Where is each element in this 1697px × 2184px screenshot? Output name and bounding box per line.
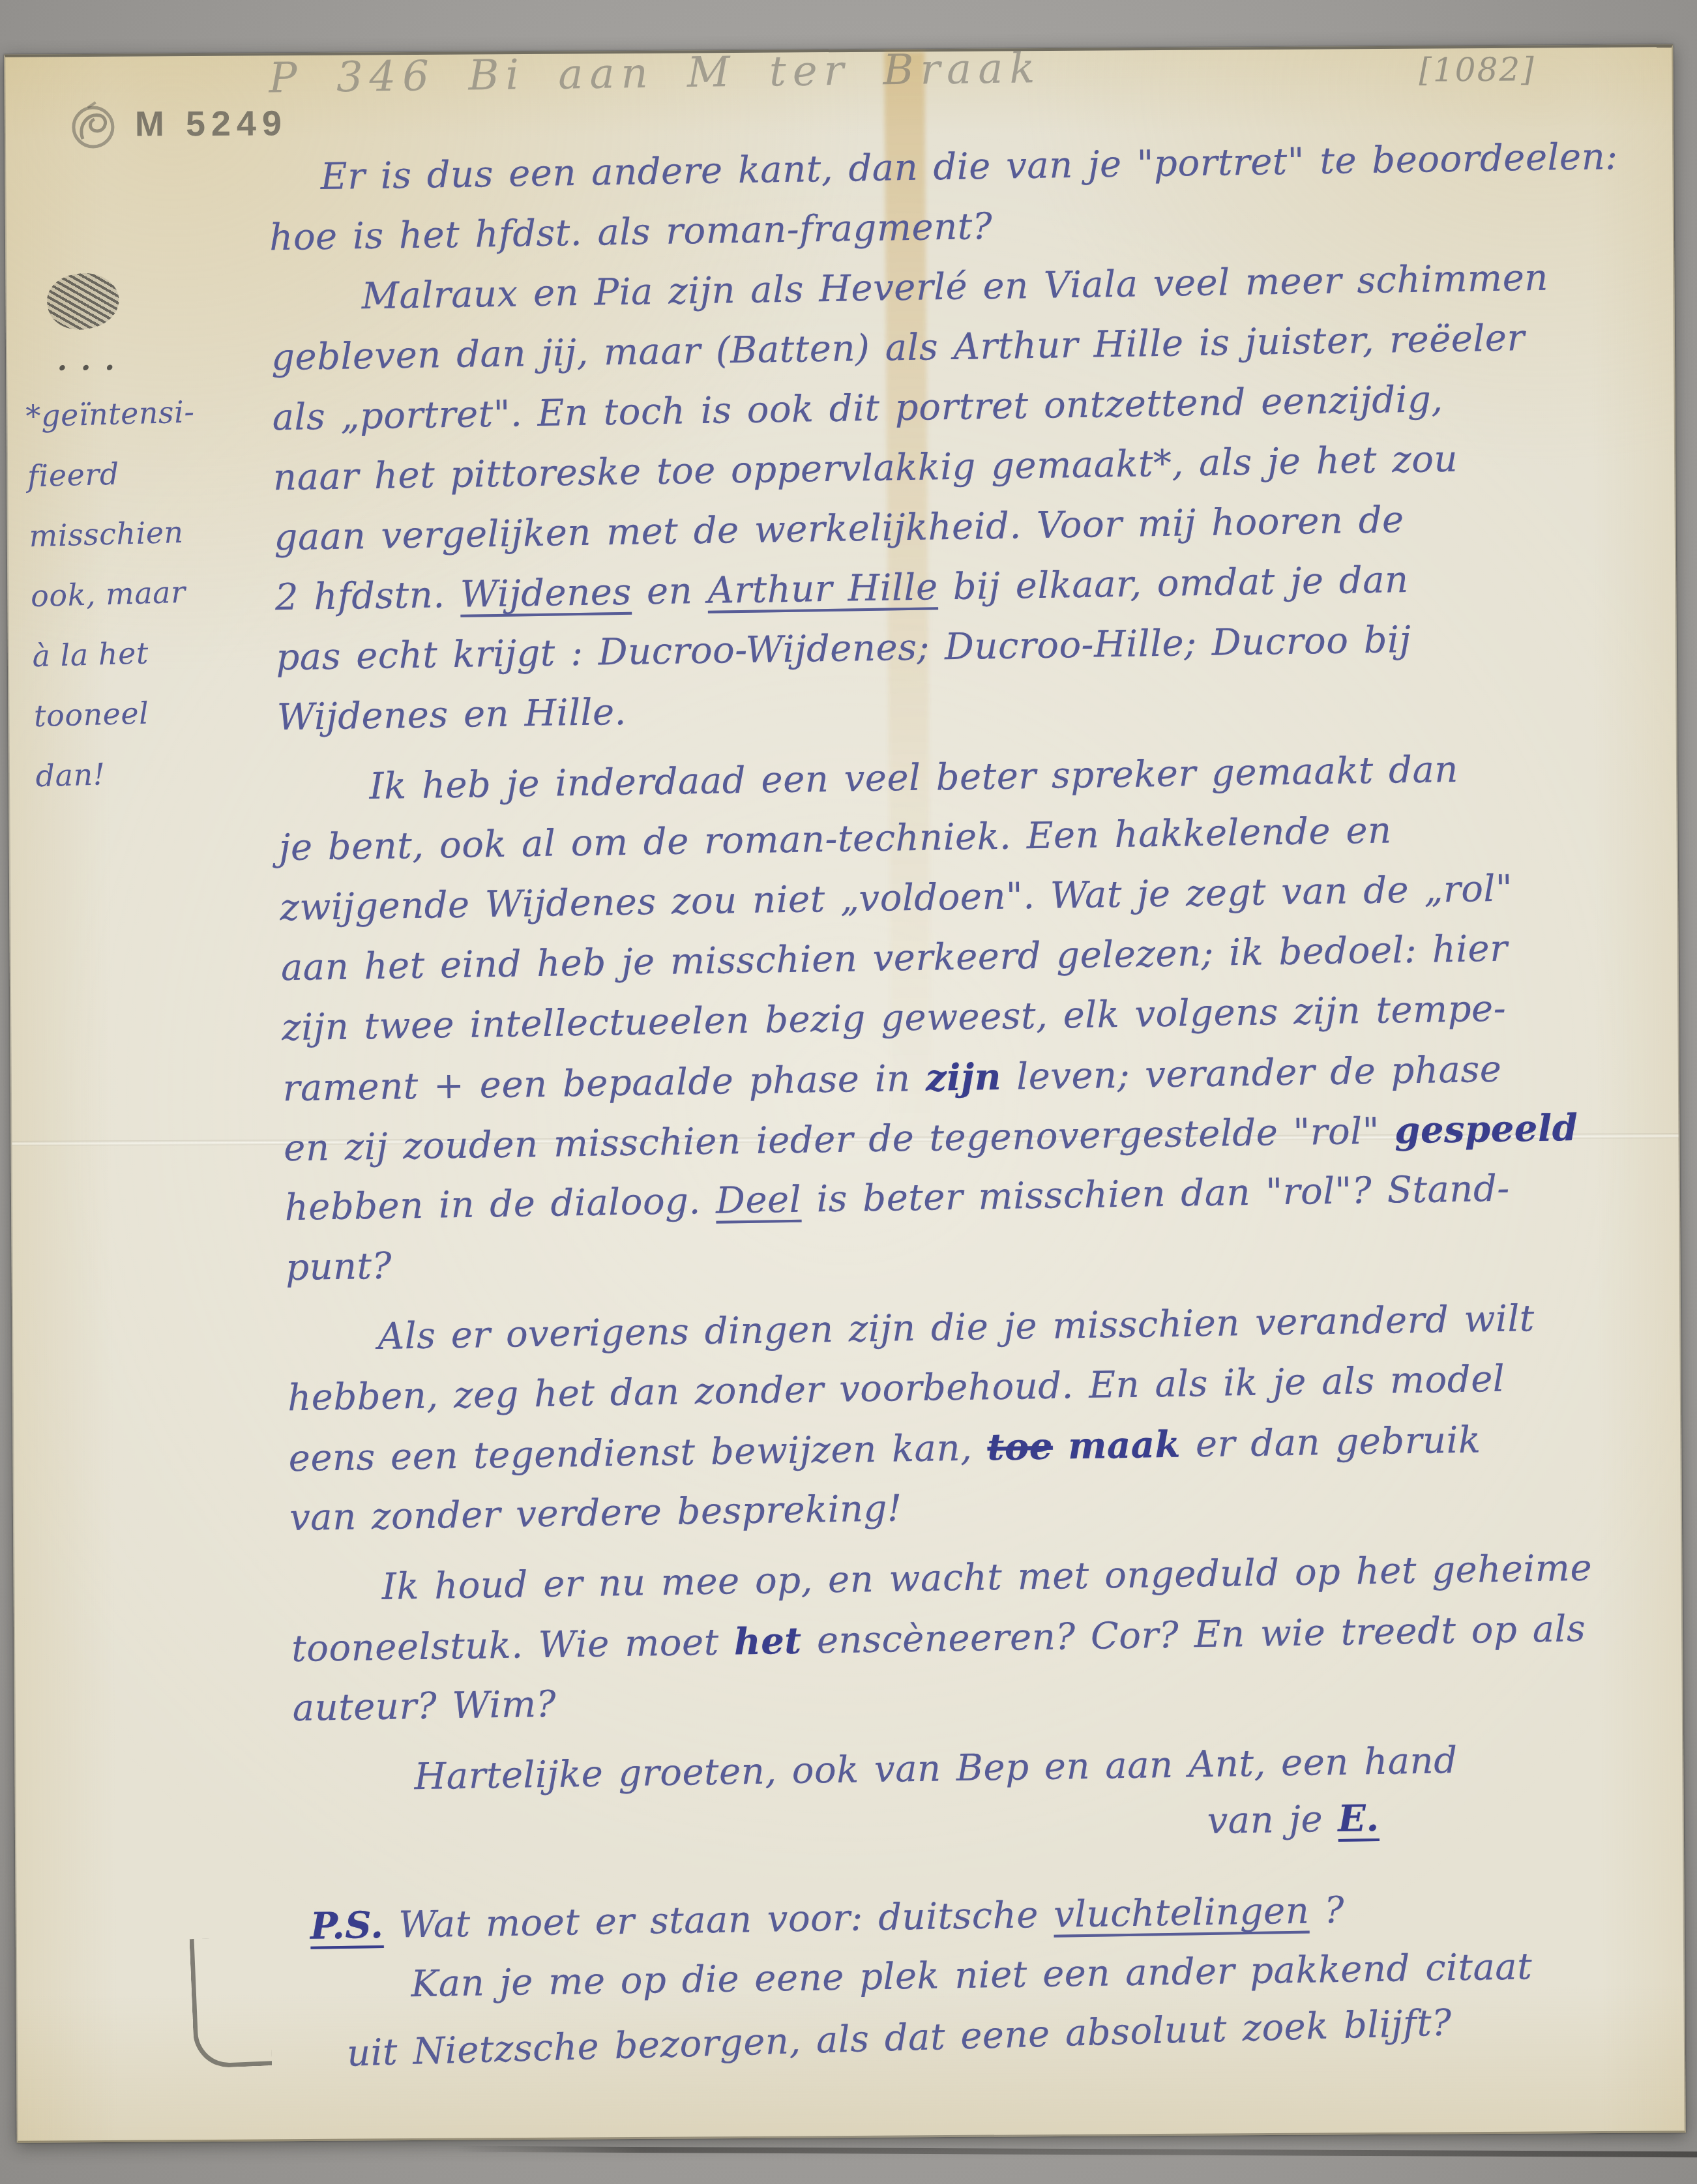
margin-note-line: dan! (35, 748, 205, 812)
scan-backdrop: { "annotations": { "pencil_header": "P 3… (0, 0, 1697, 2184)
margin-note: *geïntensi-fieerdmisschienook, maarà la … (25, 388, 205, 812)
scribble-dots: ... (55, 332, 126, 381)
pencil-page-number: [1082] (1419, 51, 1535, 89)
margin-note-line: à la het (32, 628, 202, 692)
pencil-annotation-header: P 346 Bi aan M ter Braak (269, 44, 1042, 103)
scribble-blob-icon (44, 269, 123, 334)
margin-note-line: ook, maar (30, 568, 200, 632)
letter-page: P 346 Bi aan M ter Braak [1082] M 5249 .… (4, 44, 1686, 2143)
archive-stamp: M 5249 (68, 92, 288, 156)
letter-body: Er is dus een andere kant, dan die van j… (268, 126, 1697, 2076)
margin-note-line: tooneel (33, 688, 203, 752)
letter-line: van je E. (1207, 1783, 1697, 1851)
margin-note-line: misschien (29, 508, 199, 572)
scan-edge (456, 2146, 1697, 2157)
pencil-corner-mark (189, 1936, 272, 2069)
pencil-scribble: ... (47, 273, 198, 338)
stamp-number: M 5249 (135, 103, 288, 144)
margin-note-line: fieerd (27, 448, 197, 512)
margin-note-line: *geïntensi- (25, 388, 196, 452)
stamp-emblem-icon (68, 93, 132, 156)
